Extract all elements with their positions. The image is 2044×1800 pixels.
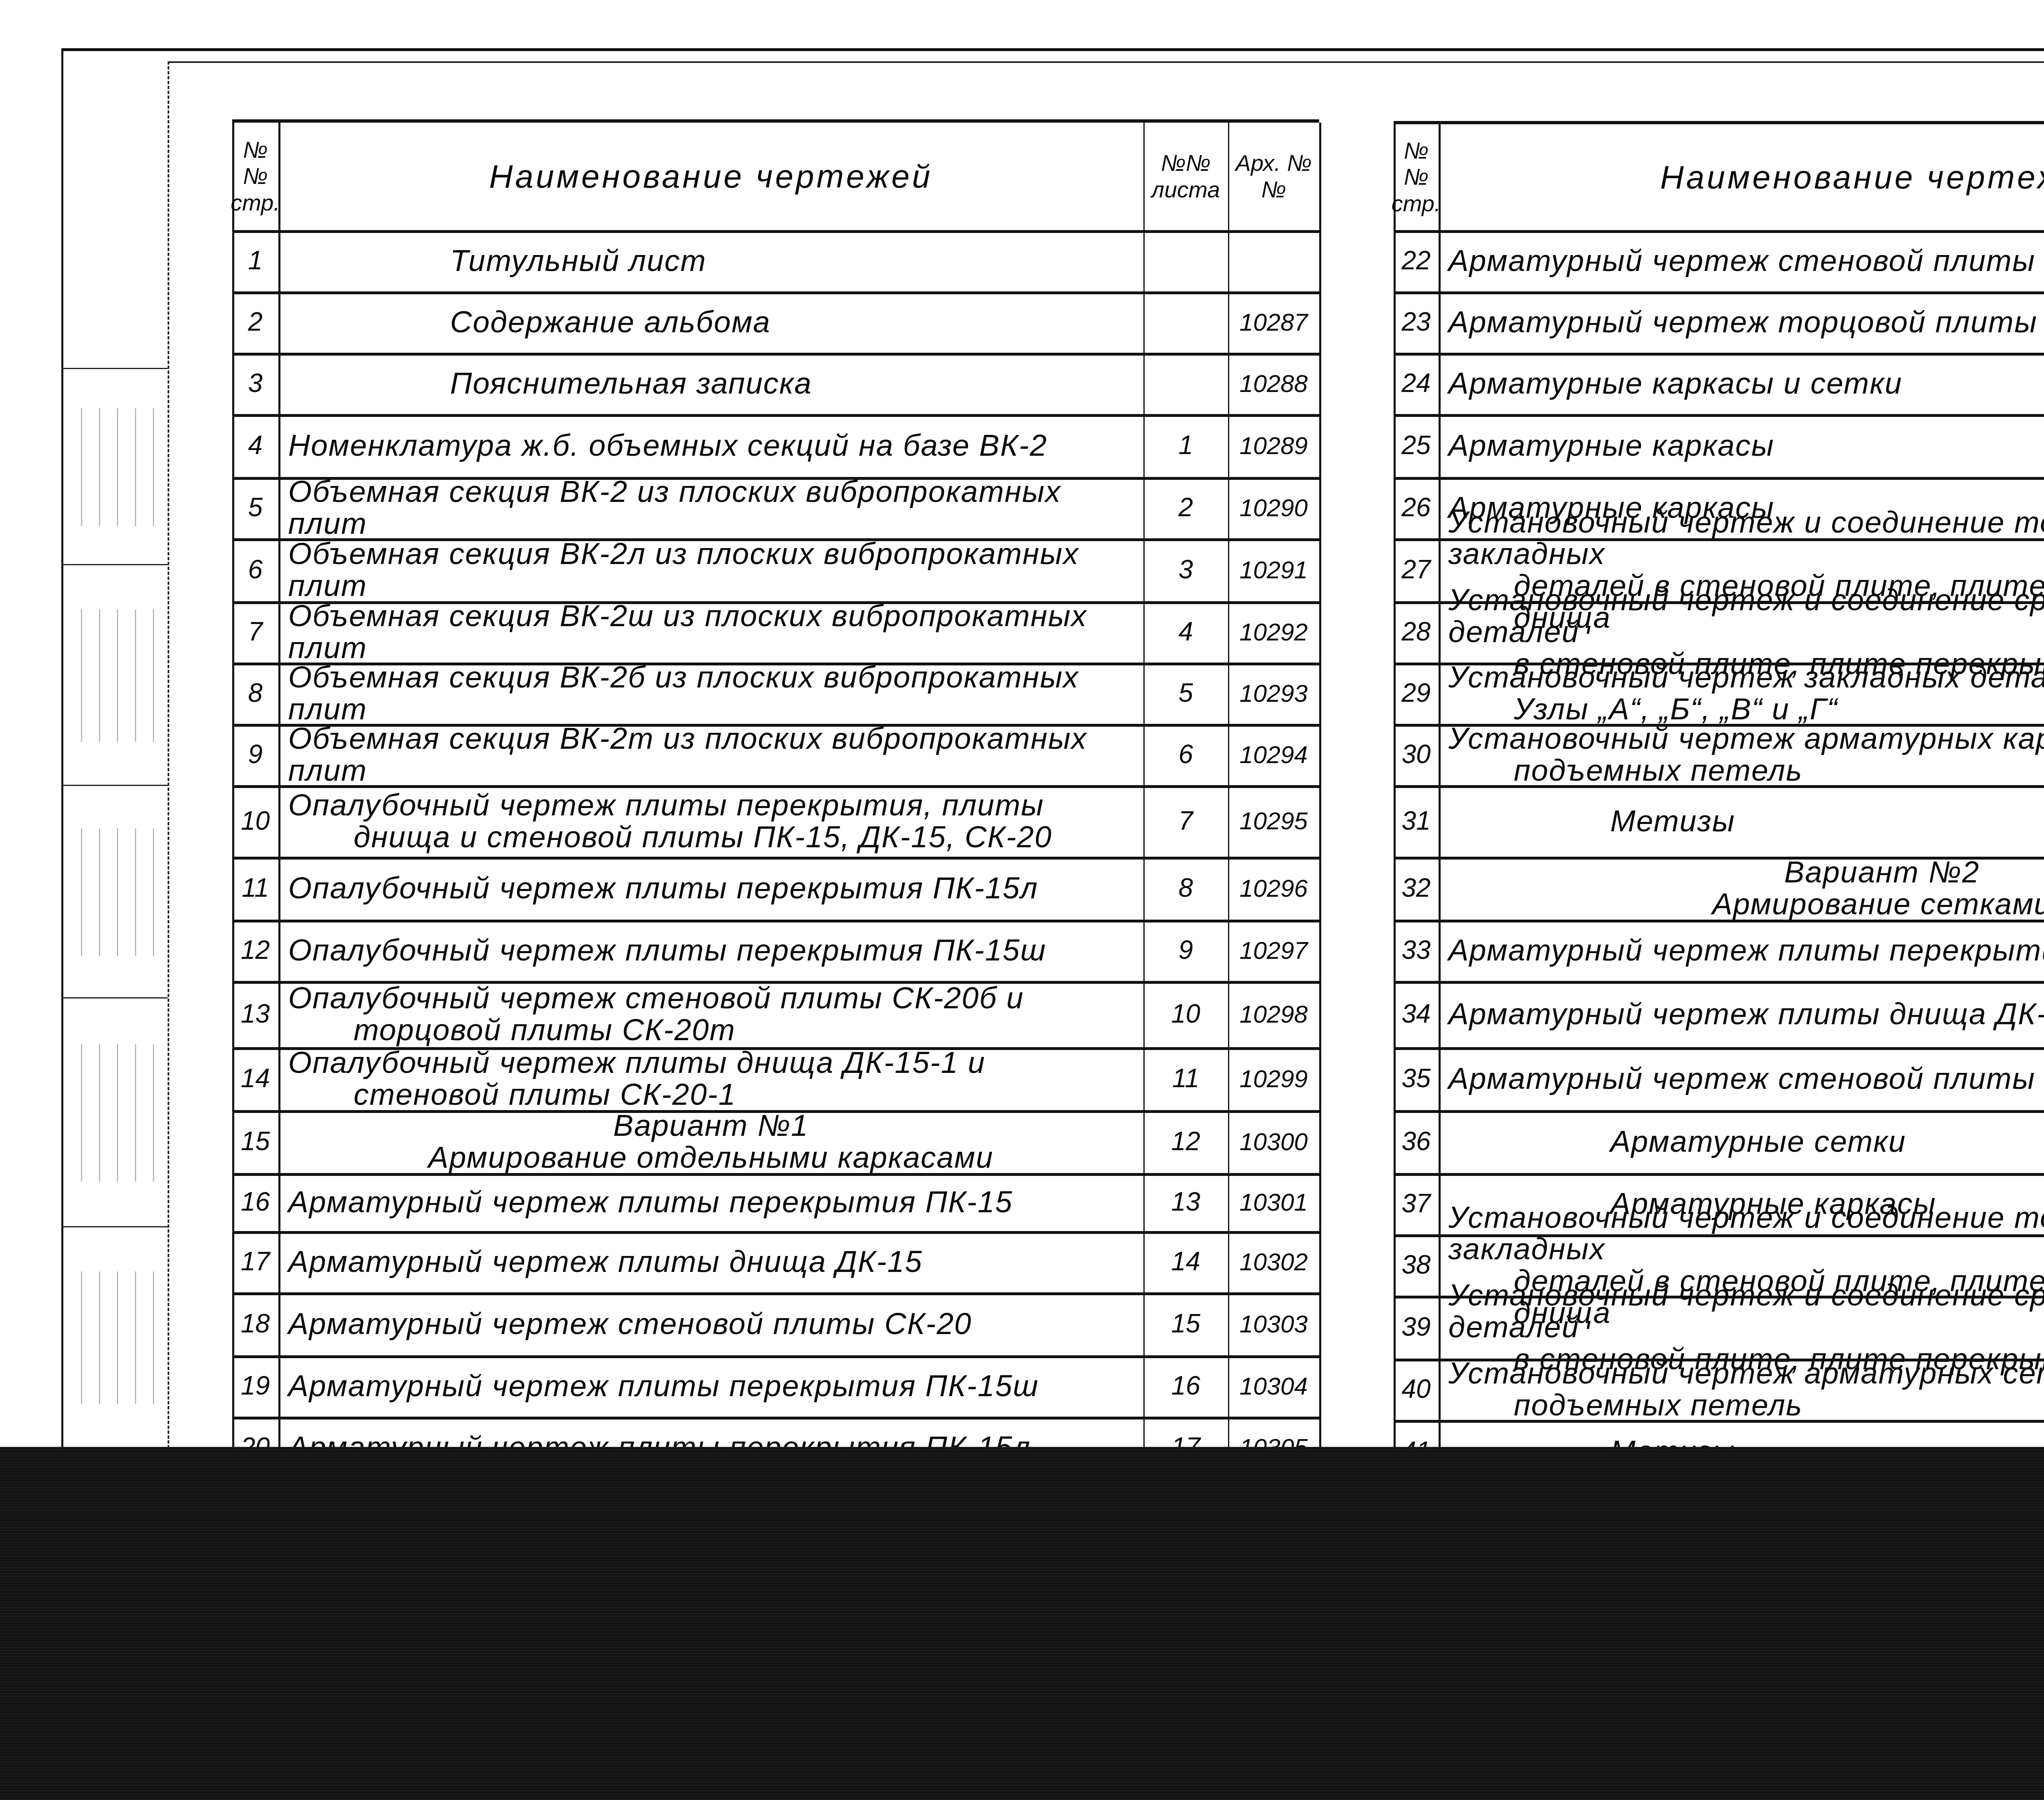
header-sheet-no: №№ листа — [1143, 123, 1228, 230]
drawing-name: Объемная секция ВК-2 из плоских вибропро… — [278, 477, 1143, 538]
drawing-name: Арматурный чертеж плиты перекрытия ПК-15… — [278, 1355, 1143, 1417]
drawing-name: Установочный чертеж и соединение средних… — [1439, 601, 2044, 663]
archive-number: 10293 — [1228, 663, 1319, 724]
drawing-name-line1: Установочный чертеж и соединение средних… — [1448, 584, 2044, 647]
row-number: 33 — [1394, 920, 1439, 981]
drawing-name: Арматурный чертеж стеновой плиты СК-20 — [1439, 1047, 2044, 1110]
drawing-name-line1: Опалубочный чертеж стеновой плиты СК-20б… — [288, 982, 1024, 1014]
archive-number: 10302 — [1228, 1231, 1319, 1292]
row-number: 13 — [232, 981, 278, 1047]
stamp-signature — [74, 1272, 155, 1404]
row-number: 27 — [1394, 538, 1439, 601]
row-number: 5 — [232, 477, 278, 538]
drawing-name: Арматурные каркасы — [1439, 414, 2044, 477]
archive-number: 10289 — [1228, 414, 1319, 477]
header-name: Наименование чертежей — [1439, 124, 2044, 230]
row-number: 23 — [1394, 291, 1439, 353]
archive-number: 10296 — [1228, 857, 1319, 920]
drawing-name-line2: Узлы „А“, „Б“, „В“ и „Г“ — [1448, 693, 1838, 725]
row-number: 31 — [1394, 785, 1439, 857]
drawing-name-line1: Установочный чертеж арматурных сеток, ка… — [1448, 1357, 2044, 1389]
drawing-name: Арматурный чертеж плиты днища ДК-15 — [278, 1231, 1143, 1292]
stamp-cell — [61, 997, 168, 1227]
drawing-name: Арматурные каркасы и сетки — [1439, 353, 2044, 414]
drawing-name-line1: Опалубочный чертеж плиты перекрытия, пли… — [288, 789, 1044, 821]
row-number: 1 — [232, 230, 278, 291]
sheet-number: 4 — [1143, 601, 1228, 663]
row-number: 10 — [232, 785, 278, 857]
row-number: 36 — [1394, 1110, 1439, 1173]
sheet-number — [1143, 353, 1228, 414]
row-number: 18 — [232, 1292, 278, 1355]
drawing-name: Установочный чертеж закладных деталей М-… — [1439, 663, 2044, 724]
drawing-name: Опалубочный чертеж плиты перекрытия, пли… — [278, 785, 1143, 857]
drawing-name-line1: Установочный чертеж и соединение средних… — [1448, 1279, 2044, 1343]
drawing-name: Установочный чертеж арматурных сеток, ка… — [1439, 1359, 2044, 1420]
stamp-cell — [61, 368, 168, 565]
row-number: 40 — [1394, 1359, 1439, 1420]
archive-number: 10301 — [1228, 1173, 1319, 1231]
row-number: 2 — [232, 291, 278, 353]
stamp-signature — [74, 609, 155, 742]
row-number: 12 — [232, 920, 278, 981]
row-number: 4 — [232, 414, 278, 477]
stamp-cell — [61, 785, 168, 999]
column-rule — [1319, 123, 1321, 1478]
drawing-name-line2: стеновой плиты СК-20-1 — [288, 1079, 736, 1110]
drawing-name: Вариант №2Армирование сетками — [1439, 857, 2044, 920]
drawing-name: Опалубочный чертеж плиты днища ДК-15-1 и… — [278, 1047, 1143, 1110]
dark-bottom-region — [0, 1447, 2044, 1800]
row-number: 37 — [1394, 1173, 1439, 1234]
drawing-name: Пояснительная записка — [278, 353, 1143, 414]
sheet-number: 11 — [1143, 1047, 1228, 1110]
archive-number: 10300 — [1228, 1110, 1319, 1173]
drawing-name-line1: Установочный чертеж арматурных каркасов,… — [1448, 723, 2044, 754]
row-number: 19 — [232, 1355, 278, 1417]
sheet-number: 7 — [1143, 785, 1228, 857]
stamp-signature — [74, 408, 155, 526]
stamp-signature — [74, 1044, 155, 1182]
row-number: 29 — [1394, 663, 1439, 724]
sheet-number: 10 — [1143, 981, 1228, 1047]
archive-number: 10294 — [1228, 724, 1319, 785]
sheet-number: 5 — [1143, 663, 1228, 724]
header-row-no: №№ стр. — [232, 123, 278, 230]
archive-number: 10290 — [1228, 477, 1319, 538]
drawing-name-line2: подъемных петель — [1448, 754, 1803, 786]
row-number: 16 — [232, 1173, 278, 1231]
row-number: 32 — [1394, 857, 1439, 920]
sheet-number: 6 — [1143, 724, 1228, 785]
drawing-name: Метизы — [1439, 785, 2044, 857]
drawing-name: Опалубочный чертеж плиты перекрытия ПК-1… — [278, 857, 1143, 920]
contents-table-right: №№ стр.Наименование чертежей№№ листаАрх.… — [1394, 121, 2044, 1514]
sheet-number: 12 — [1143, 1110, 1228, 1173]
row-number: 26 — [1394, 477, 1439, 538]
archive-number: 10292 — [1228, 601, 1319, 663]
archive-number: 10303 — [1228, 1292, 1319, 1355]
header-name: Наименование чертежей — [278, 123, 1143, 230]
drawing-name: Вариант №1Армирование отдельными каркаса… — [278, 1110, 1143, 1173]
contents-table-left: №№ стр.Наименование чертежей№№ листаАрх.… — [232, 119, 1319, 1512]
row-number: 6 — [232, 538, 278, 601]
sheet-number: 16 — [1143, 1355, 1228, 1417]
row-number: 9 — [232, 724, 278, 785]
row-number: 17 — [232, 1231, 278, 1292]
drawing-name-line2: торцовой плиты СК-20т — [288, 1014, 735, 1046]
archive-number — [1228, 230, 1319, 291]
header-archive-no: Арх. №№ — [1228, 123, 1319, 230]
row-number: 39 — [1394, 1296, 1439, 1359]
drawing-name: Установочный чертеж арматурных каркасов,… — [1439, 724, 2044, 785]
drawing-name: Объемная секция ВК-2б из плоских вибропр… — [278, 663, 1143, 724]
margin-stamp-column — [61, 368, 168, 1447]
row-number: 3 — [232, 353, 278, 414]
drawing-name-line2: Армирование отдельными каркасами — [428, 1142, 994, 1173]
archive-number: 10297 — [1228, 920, 1319, 981]
archive-number: 10287 — [1228, 291, 1319, 353]
drawing-name: Арматурный чертеж плиты перекрытия ПК-15 — [278, 1173, 1143, 1231]
sheet-number — [1143, 230, 1228, 291]
sheet-number: 3 — [1143, 538, 1228, 601]
sheet-number: 14 — [1143, 1231, 1228, 1292]
drawing-name: Арматурный чертеж торцовой плиты СК-20т — [1439, 291, 2044, 353]
archive-number: 10295 — [1228, 785, 1319, 857]
drawing-name-line2: днища и стеновой плиты ПК-15, ДК-15, СК-… — [288, 821, 1052, 853]
drawing-name: Содержание альбома — [278, 291, 1143, 353]
document-sheet: 2 №№ стр.Наименование чертежей№№ листаАр… — [0, 0, 2044, 1447]
row-number: 7 — [232, 601, 278, 663]
row-number: 22 — [1394, 230, 1439, 291]
sheet-number: 2 — [1143, 477, 1228, 538]
row-number: 38 — [1394, 1234, 1439, 1296]
header-row-no: №№ стр. — [1394, 124, 1439, 230]
row-number: 15 — [232, 1110, 278, 1173]
row-number: 28 — [1394, 601, 1439, 663]
drawing-name: Опалубочный чертеж стеновой плиты СК-20б… — [278, 981, 1143, 1047]
sheet-number — [1143, 291, 1228, 353]
archive-number: 10288 — [1228, 353, 1319, 414]
row-number: 14 — [232, 1047, 278, 1110]
drawing-name: Арматурный чертеж плиты днища ДК-15 — [1439, 981, 2044, 1047]
drawing-name-line1: Вариант №1 — [613, 1110, 809, 1142]
drawing-name-line1: Вариант №2 — [1784, 856, 1979, 888]
sheet-number: 15 — [1143, 1292, 1228, 1355]
drawing-name: Арматурный чертеж стеновой плиты СК-20 — [278, 1292, 1143, 1355]
drawing-name: Арматурный чертеж плиты перекрытия ПК-15 — [1439, 920, 2044, 981]
row-number: 35 — [1394, 1047, 1439, 1110]
row-number: 11 — [232, 857, 278, 920]
row-number: 8 — [232, 663, 278, 724]
drawing-name: Объемная секция ВК-2т из плоских вибропр… — [278, 724, 1143, 785]
drawing-name-line1: Установочный чертеж и соединение торцовы… — [1448, 1202, 2044, 1265]
drawing-name-line1: Опалубочный чертеж плиты днища ДК-15-1 и — [288, 1047, 986, 1079]
drawing-name: Арматурные сетки — [1439, 1110, 2044, 1173]
drawing-name: Объемная секция ВК-2л из плоских вибропр… — [278, 538, 1143, 601]
drawing-name-line2: подъемных петель — [1448, 1389, 1803, 1421]
drawing-name: Арматурный чертеж стеновой плиты СК-20б — [1439, 230, 2044, 291]
row-number: 34 — [1394, 981, 1439, 1047]
drawing-name: Установочный чертеж и соединение средних… — [1439, 1296, 2044, 1359]
sheet-number: 13 — [1143, 1173, 1228, 1231]
row-number: 24 — [1394, 353, 1439, 414]
stamp-cell — [61, 1226, 168, 1448]
drawing-name-line1: Установочный чертеж закладных деталей М-… — [1448, 661, 2044, 693]
stamp-cell — [61, 564, 168, 786]
archive-number: 10304 — [1228, 1355, 1319, 1417]
drawing-name: Объемная секция ВК-2ш из плоских вибропр… — [278, 601, 1143, 663]
row-number: 25 — [1394, 414, 1439, 477]
drawing-name: Опалубочный чертеж плиты перекрытия ПК-1… — [278, 920, 1143, 981]
drawing-name-line1: Установочный чертеж и соединение торцовы… — [1448, 506, 2044, 570]
sheet-number: 1 — [1143, 414, 1228, 477]
sheet-number: 8 — [1143, 857, 1228, 920]
stamp-signature — [74, 828, 155, 956]
archive-number: 10298 — [1228, 981, 1319, 1047]
row-number: 30 — [1394, 724, 1439, 785]
drawing-name: Номенклатура ж.б. объемных секций на баз… — [278, 414, 1143, 477]
archive-number: 10291 — [1228, 538, 1319, 601]
drawing-name: Титульный лист — [278, 230, 1143, 291]
archive-number: 10299 — [1228, 1047, 1319, 1110]
sheet-number: 9 — [1143, 920, 1228, 981]
drawing-name-line2: Армирование сетками — [1712, 888, 2044, 920]
